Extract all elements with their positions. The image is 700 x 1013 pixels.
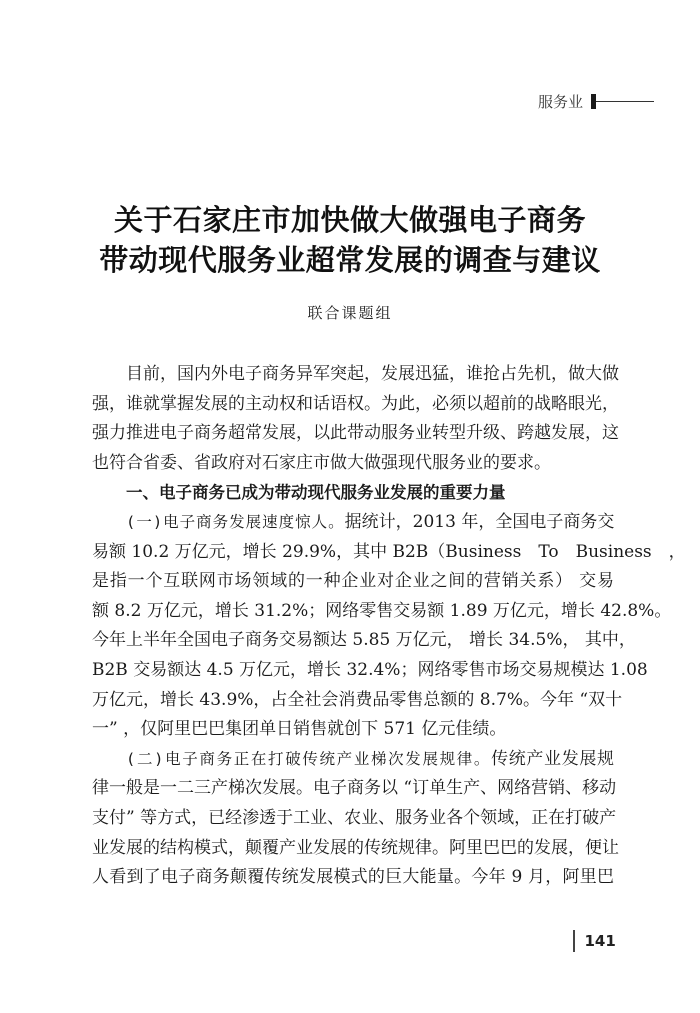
page-folio: 141 [573,930,616,952]
title-line-1: 关于石家庄市加快做大做强电子商务 [0,200,700,240]
para1-line-1: (一)电子商务发展速度惊人。据统计，2013 年，全国电子商务交 [92,508,614,538]
page-number: 141 [585,932,616,950]
title-line-2: 带动现代服务业超常发展的调查与建议 [0,240,700,280]
section-heading: 一、电子商务已成为带动现代服务业发展的重要力量 [92,478,614,508]
para1-lead-in: (一)电子商务发展速度惊人。 [126,513,345,531]
running-header: 服务业 [538,91,654,112]
para2-first-rest: 传统产业发展规 [491,749,614,769]
para2-line-3: 支付” 等方式，已经渗透于工业、农业、服务业各个领域，正在打破产 [92,804,614,834]
article-title: 关于石家庄市加快做大做强电子商务 带动现代服务业超常发展的调查与建议 [0,200,700,280]
para2-line-1: (二)电子商务正在打破传统产业梯次发展规律。传统产业发展规 [92,745,614,775]
article-body: 目前，国内外电子商务异军突起，发展迅猛，谁抢占先机，做大做 强，谁就掌握发展的主… [92,360,614,893]
article-author: 联合课题组 [0,302,700,323]
para1-line-4: 额 8.2 万亿元，增长 31.2%；网络零售交易额 1.89 万亿元，增长 4… [92,597,614,627]
para1-line-8: 一” ，仅阿里巴巴集团单日销售就创下 571 亿元佳绩。 [92,715,614,745]
intro-line-1: 目前，国内外电子商务异军突起，发展迅猛，谁抢占先机，做大做 [92,360,614,390]
folio-divider [573,930,575,952]
para2-line-2: 律一般是一二三产梯次发展。电子商务以 “订单生产、网络营销、移动 [92,774,614,804]
intro-line-2: 强，谁就掌握发展的主动权和话语权。为此，必须以超前的战略眼光， [92,390,614,420]
intro-line-4: 也符合省委、省政府对石家庄市做大做强现代服务业的要求。 [92,449,614,479]
para1-line-3: 是指一个互联网市场领域的一种企业对企业之间的营销关系） 交易 [92,567,614,597]
para1-line-7: 万亿元，增长 43.9%，占全社会消费品零售总额的 8.7%。今年 “双十 [92,686,614,716]
para1-first-rest: 据统计，2013 年，全国电子商务交 [345,512,615,532]
para2-lead-in: (二)电子商务正在打破传统产业梯次发展规律。 [126,750,491,768]
para2-line-5: 人看到了电子商务颠覆传统发展模式的巨大能量。今年 9 月，阿里巴 [92,863,614,893]
header-rule [596,101,654,102]
section-label: 服务业 [538,91,583,112]
intro-line-3: 强力推进电子商务超常发展，以此带动服务业转型升级、跨越发展，这 [92,419,614,449]
para1-line-6: B2B 交易额达 4.5 万亿元，增长 32.4%；网络零售市场交易规模达 1.… [92,656,614,686]
para2-line-4: 业发展的结构模式，颠覆产业发展的传统规律。阿里巴巴的发展，便让 [92,834,614,864]
para1-line-2: 易额 10.2 万亿元，增长 29.9%，其中 B2B（Business To … [92,538,614,568]
para1-line-5: 今年上半年全国电子商务交易额达 5.85 万亿元， 增长 34.5%， 其中， [92,626,614,656]
